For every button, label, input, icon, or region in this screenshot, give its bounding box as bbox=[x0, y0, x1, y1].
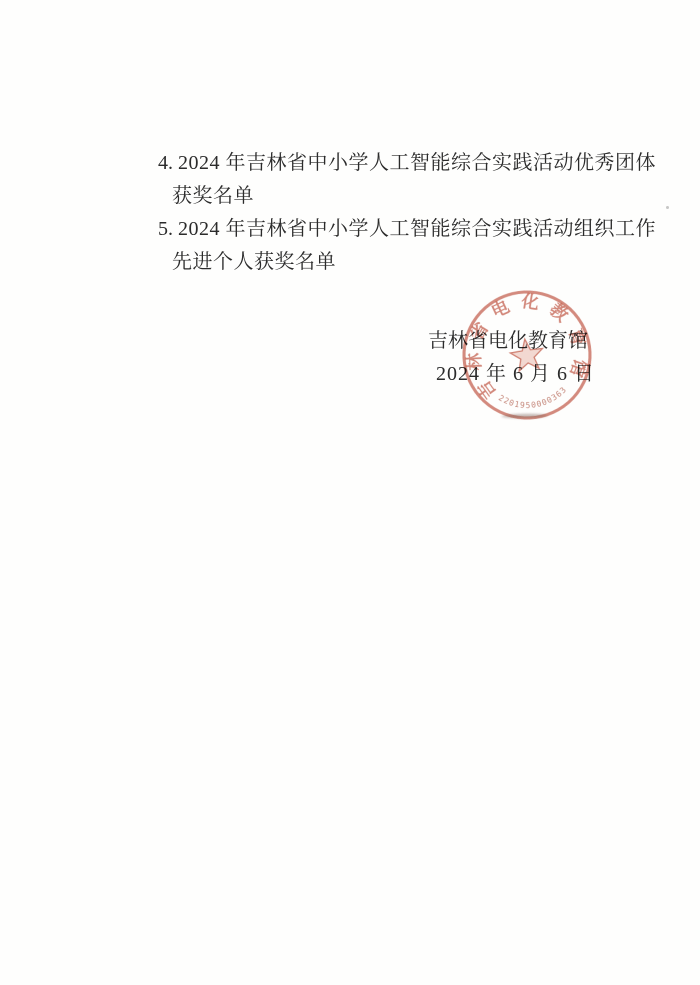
item-number: 4. bbox=[158, 147, 173, 180]
numbered-list: 4. 2024 年吉林省中小学人工智能综合实践活动优秀团体 获奖名单 5. 20… bbox=[158, 147, 656, 279]
star-icon bbox=[509, 337, 545, 372]
scan-artifact-dot bbox=[666, 206, 669, 209]
item-text: 2024 年吉林省中小学人工智能综合实践活动组织工作 bbox=[178, 213, 656, 246]
list-item: 4. 2024 年吉林省中小学人工智能综合实践活动优秀团体 获奖名单 bbox=[158, 147, 656, 213]
list-item-line: 4. 2024 年吉林省中小学人工智能综合实践活动优秀团体 bbox=[158, 147, 656, 180]
document-page: 4. 2024 年吉林省中小学人工智能综合实践活动优秀团体 获奖名单 5. 20… bbox=[0, 0, 700, 985]
list-item-line: 获奖名单 bbox=[172, 180, 656, 213]
official-seal-stamp: 吉林省电化教育馆 2201950000363 bbox=[454, 282, 600, 428]
item-text: 2024 年吉林省中小学人工智能综合实践活动优秀团体 bbox=[178, 147, 656, 180]
list-item-line: 先进个人获奖名单 bbox=[172, 246, 656, 279]
list-item: 5. 2024 年吉林省中小学人工智能综合实践活动组织工作 先进个人获奖名单 bbox=[158, 213, 656, 279]
list-item-line: 5. 2024 年吉林省中小学人工智能综合实践活动组织工作 bbox=[158, 213, 656, 246]
seal-graphic: 吉林省电化教育馆 2201950000363 bbox=[454, 282, 600, 428]
item-number: 5. bbox=[158, 213, 173, 246]
